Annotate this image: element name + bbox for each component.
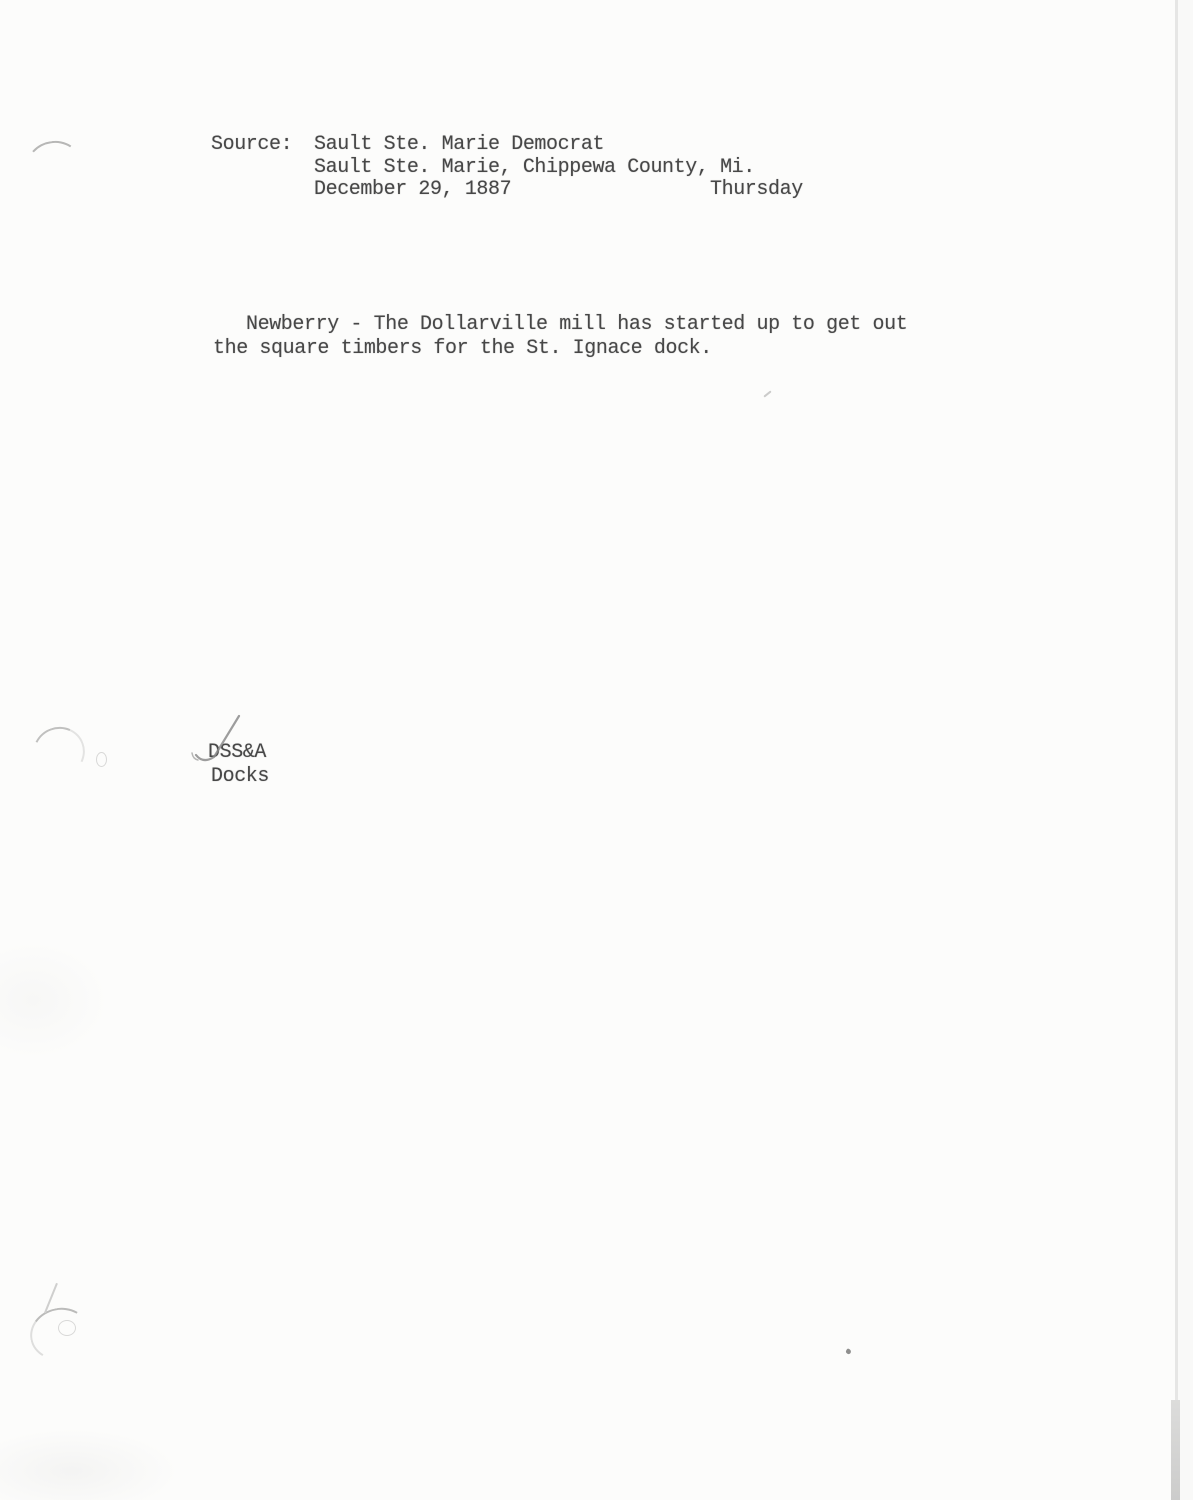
hole-punch-mark-middle: [26, 720, 92, 785]
ink-speck: [845, 1348, 852, 1355]
faint-scratch-speck: [763, 390, 771, 397]
article-body-line-1: Newberry - The Dollarville mill has star…: [246, 313, 907, 337]
paper-smudge-bottom-left: [0, 1428, 180, 1500]
hole-punch-mark-top: [24, 137, 84, 190]
source-weekday: Thursday: [710, 178, 803, 202]
scan-edge-shadow-bottom: [1171, 1400, 1180, 1500]
source-publication: Sault Ste. Marie Democrat: [314, 133, 604, 157]
paper-smudge-left: [0, 940, 110, 1060]
source-location: Sault Ste. Marie, Chippewa County, Mi.: [314, 156, 755, 180]
scanned-document-page: { "colors": { "paper": "#fcfcfb", "ink":…: [0, 0, 1193, 1500]
article-body-line-2: the square timbers for the St. Ignace do…: [213, 337, 712, 361]
pencil-checkmark: [190, 710, 262, 772]
hole-punch-dot-bottom: [58, 1320, 76, 1336]
source-label: Source:: [211, 133, 292, 157]
hole-punch-mark-bottom: [25, 1302, 95, 1365]
hole-punch-dot-middle: [96, 752, 107, 767]
scan-edge-line: [1175, 0, 1178, 1406]
scan-right-margin: [1178, 0, 1193, 1500]
source-date: December 29, 1887: [314, 178, 511, 202]
